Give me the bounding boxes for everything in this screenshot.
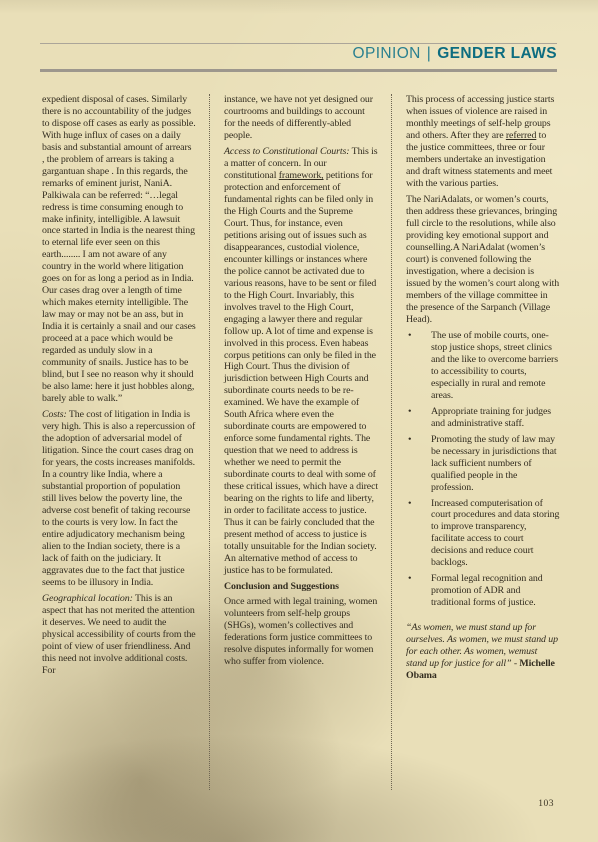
paragraph: The NariAdalats, or women’s courts, then… bbox=[406, 194, 560, 325]
list-item: • Formal legal recognition and promotion… bbox=[406, 573, 560, 609]
underlined-word: framework, bbox=[279, 170, 324, 181]
list-item: • Promoting the study of law may be nece… bbox=[406, 434, 560, 494]
list-item-text: Promoting the study of law may be necess… bbox=[431, 434, 560, 494]
list-item: • Increased computerisation of court pro… bbox=[406, 498, 560, 570]
column-3: This process of accessing justice starts… bbox=[406, 94, 560, 790]
magazine-page: OPINION|GENDER LAWS expedient disposal o… bbox=[0, 0, 598, 842]
paragraph-text: petitions for protection and enforcement… bbox=[224, 170, 378, 575]
paragraph: instance, we have not yet designed our c… bbox=[224, 94, 378, 142]
list-item-text: Appropriate training for judges and admi… bbox=[431, 406, 560, 430]
run-in-heading: Access to Constitutional Courts: bbox=[224, 146, 349, 157]
header-section-label: OPINION bbox=[353, 45, 421, 62]
bullet-icon: • bbox=[406, 573, 431, 609]
run-in-heading: Costs: bbox=[42, 409, 67, 420]
list-item-text: Formal legal recognition and promotion o… bbox=[431, 573, 560, 609]
article-body: expedient disposal of cases. Similarly t… bbox=[42, 94, 558, 790]
list-item: • Appropriate training for judges and ad… bbox=[406, 406, 560, 430]
list-item-text: Increased computerisation of court proce… bbox=[431, 498, 560, 570]
header-separator: | bbox=[421, 45, 437, 62]
paragraph-text: The cost of litigation in India is very … bbox=[42, 409, 195, 587]
paragraph-text: This is an aspect that has not merited t… bbox=[42, 593, 196, 676]
paragraph: Geographical location: This is an aspect… bbox=[42, 593, 196, 677]
paragraph: expedient disposal of cases. Similarly t… bbox=[42, 94, 196, 405]
bullet-icon: • bbox=[406, 498, 431, 570]
section-heading: Conclusion and Suggestions bbox=[224, 581, 378, 593]
paragraph: Access to Constitutional Courts: This is… bbox=[224, 146, 378, 576]
paragraph: This process of accessing justice starts… bbox=[406, 94, 560, 190]
paragraph: Costs: The cost of litigation in India i… bbox=[42, 409, 196, 588]
page-header: OPINION|GENDER LAWS bbox=[353, 45, 558, 63]
header-bottom-rule bbox=[40, 69, 557, 72]
header-topic-label: GENDER LAWS bbox=[437, 45, 557, 62]
bullet-icon: • bbox=[406, 330, 431, 402]
bullet-icon: • bbox=[406, 406, 431, 430]
paragraph: Once armed with legal training, women vo… bbox=[224, 596, 378, 668]
underlined-word: referred bbox=[506, 130, 536, 141]
run-in-heading: Geographical location: bbox=[42, 593, 133, 604]
page-number: 103 bbox=[538, 799, 554, 809]
list-item-text: The use of mobile courts, one-stop justi… bbox=[431, 330, 560, 402]
column-divider bbox=[391, 94, 393, 790]
header-top-rule bbox=[40, 43, 557, 44]
column-1: expedient disposal of cases. Similarly t… bbox=[42, 94, 196, 790]
bullet-icon: • bbox=[406, 434, 431, 494]
pull-quote: “As women, we must stand up for ourselve… bbox=[406, 622, 560, 682]
column-divider bbox=[209, 94, 211, 790]
list-item: • The use of mobile courts, one-stop jus… bbox=[406, 330, 560, 402]
column-2: instance, we have not yet designed our c… bbox=[224, 94, 378, 790]
